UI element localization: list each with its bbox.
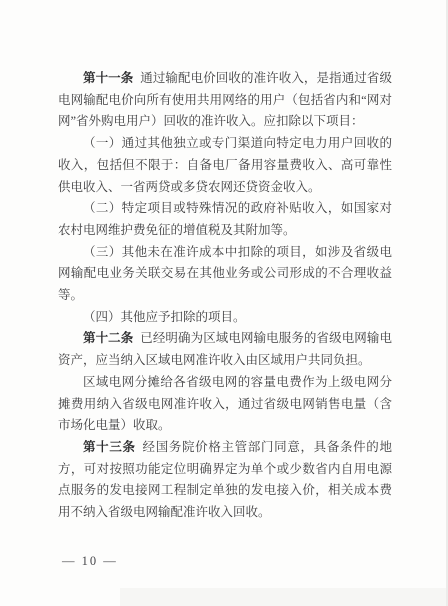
article-11-label: 第十一条 xyxy=(83,71,133,85)
page-number: — 10 — xyxy=(62,554,118,569)
clause-1-paragraph: （一）通过其他独立或专门渠道向特定电力用户回收的收入，包括但不限于：自备电厂备用… xyxy=(58,133,392,198)
clause-1-text: （一）通过其他独立或专门渠道向特定电力用户回收的收入，包括但不限于：自备电厂备用… xyxy=(58,136,392,193)
clause-3-text: （三）其他未在准许成本中扣除的项目，如涉及省级电网输配电业务关联交易在其他业务或… xyxy=(58,245,392,302)
clause-2-paragraph: （二）特定项目或特殊情况的政府补贴收入，如国家对农村电网维护费免征的增值税及其附… xyxy=(58,198,392,241)
article-11-paragraph: 第十一条通过输配电价回收的准许收入，是指通过省级电网输配电价向所有使用共用网络的… xyxy=(58,68,392,133)
clause-3-paragraph: （三）其他未在准许成本中扣除的项目，如涉及省级电网输配电业务关联交易在其他业务或… xyxy=(58,242,392,307)
document-page: 第十一条通过输配电价回收的准许收入，是指通过省级电网输配电价向所有使用共用网络的… xyxy=(0,0,448,606)
clause-2-text: （二）特定项目或特殊情况的政府补贴收入，如国家对农村电网维护费免征的增值税及其附… xyxy=(58,201,392,237)
article-12-subparagraph: 区域电网分摊给各省级电网的容量电费作为上级电网分摊费用纳入省级电网准许收入，通过… xyxy=(58,372,392,437)
document-body: 第十一条通过输配电价回收的准许收入，是指通过省级电网输配电价向所有使用共用网络的… xyxy=(58,68,392,524)
clause-4-text: （四）其他应予扣除的项目。 xyxy=(83,310,246,324)
article-12-subtext: 区域电网分摊给各省级电网的容量电费作为上级电网分摊费用纳入省级电网准许收入，通过… xyxy=(58,375,392,432)
article-13-label: 第十三条 xyxy=(83,440,136,454)
article-12-label: 第十二条 xyxy=(83,331,133,345)
article-13-paragraph: 第十三条经国务院价格主管部门同意，具备条件的地方，可对按照功能定位明确界定为单个… xyxy=(58,437,392,524)
article-12-paragraph: 第十二条已经明确为区域电网输电服务的省级电网输电资产，应当纳入区域电网准许收入由… xyxy=(58,328,392,371)
clause-4-paragraph: （四）其他应予扣除的项目。 xyxy=(58,307,392,329)
